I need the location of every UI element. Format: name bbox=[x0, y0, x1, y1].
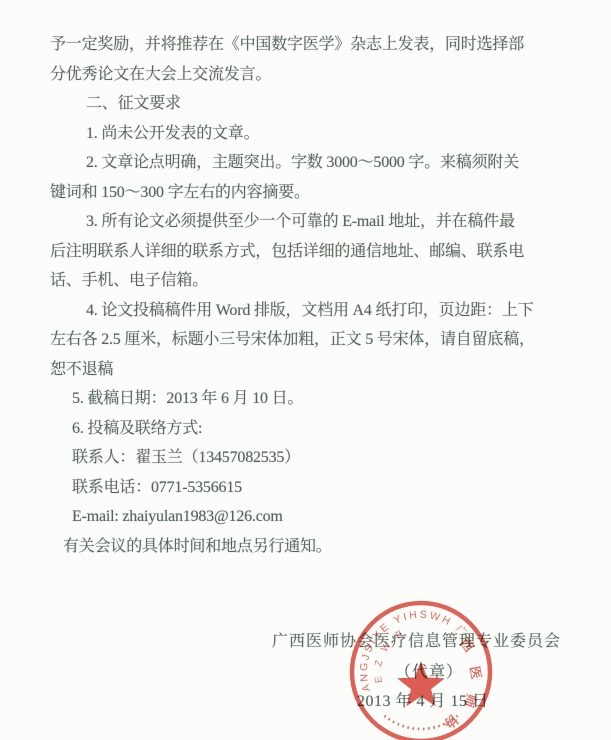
scanned-document-page: 予一定奖励，并将推荐在《中国数字医学》杂志上发表，同时选择部分优秀论文在大会上交… bbox=[0, 0, 611, 740]
seal-star-icon bbox=[397, 661, 445, 706]
text-line: 后注明联系人详细的联系方式，包括详细的通信地址、邮编、联系电 bbox=[50, 237, 595, 267]
text-line: 键词和 150～300 字左右的内容摘要。 bbox=[50, 178, 595, 208]
official-seal-stamp: ANGJSIYE YIHSWH 广 E Z W E 西 医 师 协 bbox=[346, 597, 496, 740]
text-line: 二、征文要求 bbox=[86, 89, 595, 119]
seal-side-char: 师 bbox=[461, 692, 480, 709]
text-line: 联系电话：0771-5356615 bbox=[72, 473, 595, 503]
text-line: 左右各 2.5 厘米，标题小三号宋体加粗，正文 5 号宋体，请自留底稿， bbox=[50, 325, 595, 355]
text-line: 联系人：翟玉兰（13457082535） bbox=[72, 443, 595, 473]
seal-side-char: 医 bbox=[467, 665, 484, 680]
text-line: 6. 投稿及联络方式: bbox=[72, 414, 595, 444]
text-line: 话、手机、电子信箱。 bbox=[50, 266, 595, 296]
text-line: 恕不退稿 bbox=[50, 355, 595, 385]
text-line: 3. 所有论文必须提供至少一个可靠的 E-mail 地址，并在稿件最 bbox=[86, 207, 595, 237]
text-line: 有关会议的具体时间和地点另行通知。 bbox=[63, 532, 595, 562]
text-line: 5. 截稿日期：2013 年 6 月 10 日。 bbox=[72, 384, 595, 414]
text-line: 予一定奖励，并将推荐在《中国数字医学》杂志上发表，同时选择部 bbox=[50, 30, 595, 60]
text-line: E-mail: zhaiyulan1983@126.com bbox=[72, 502, 595, 532]
text-line: 2. 文章论点明确，主题突出。字数 3000～5000 字。来稿须附关 bbox=[86, 148, 595, 178]
text-line: 4. 论文投稿稿件用 Word 排版，文档用 A4 纸打印，页边距：上下 bbox=[86, 296, 595, 326]
text-line: 1. 尚未公开发表的文章。 bbox=[86, 119, 595, 149]
body-text: 予一定奖励，并将推荐在《中国数字医学》杂志上发表，同时选择部分优秀论文在大会上交… bbox=[50, 30, 595, 561]
text-line: 分优秀论文在大会上交流发言。 bbox=[50, 60, 595, 90]
